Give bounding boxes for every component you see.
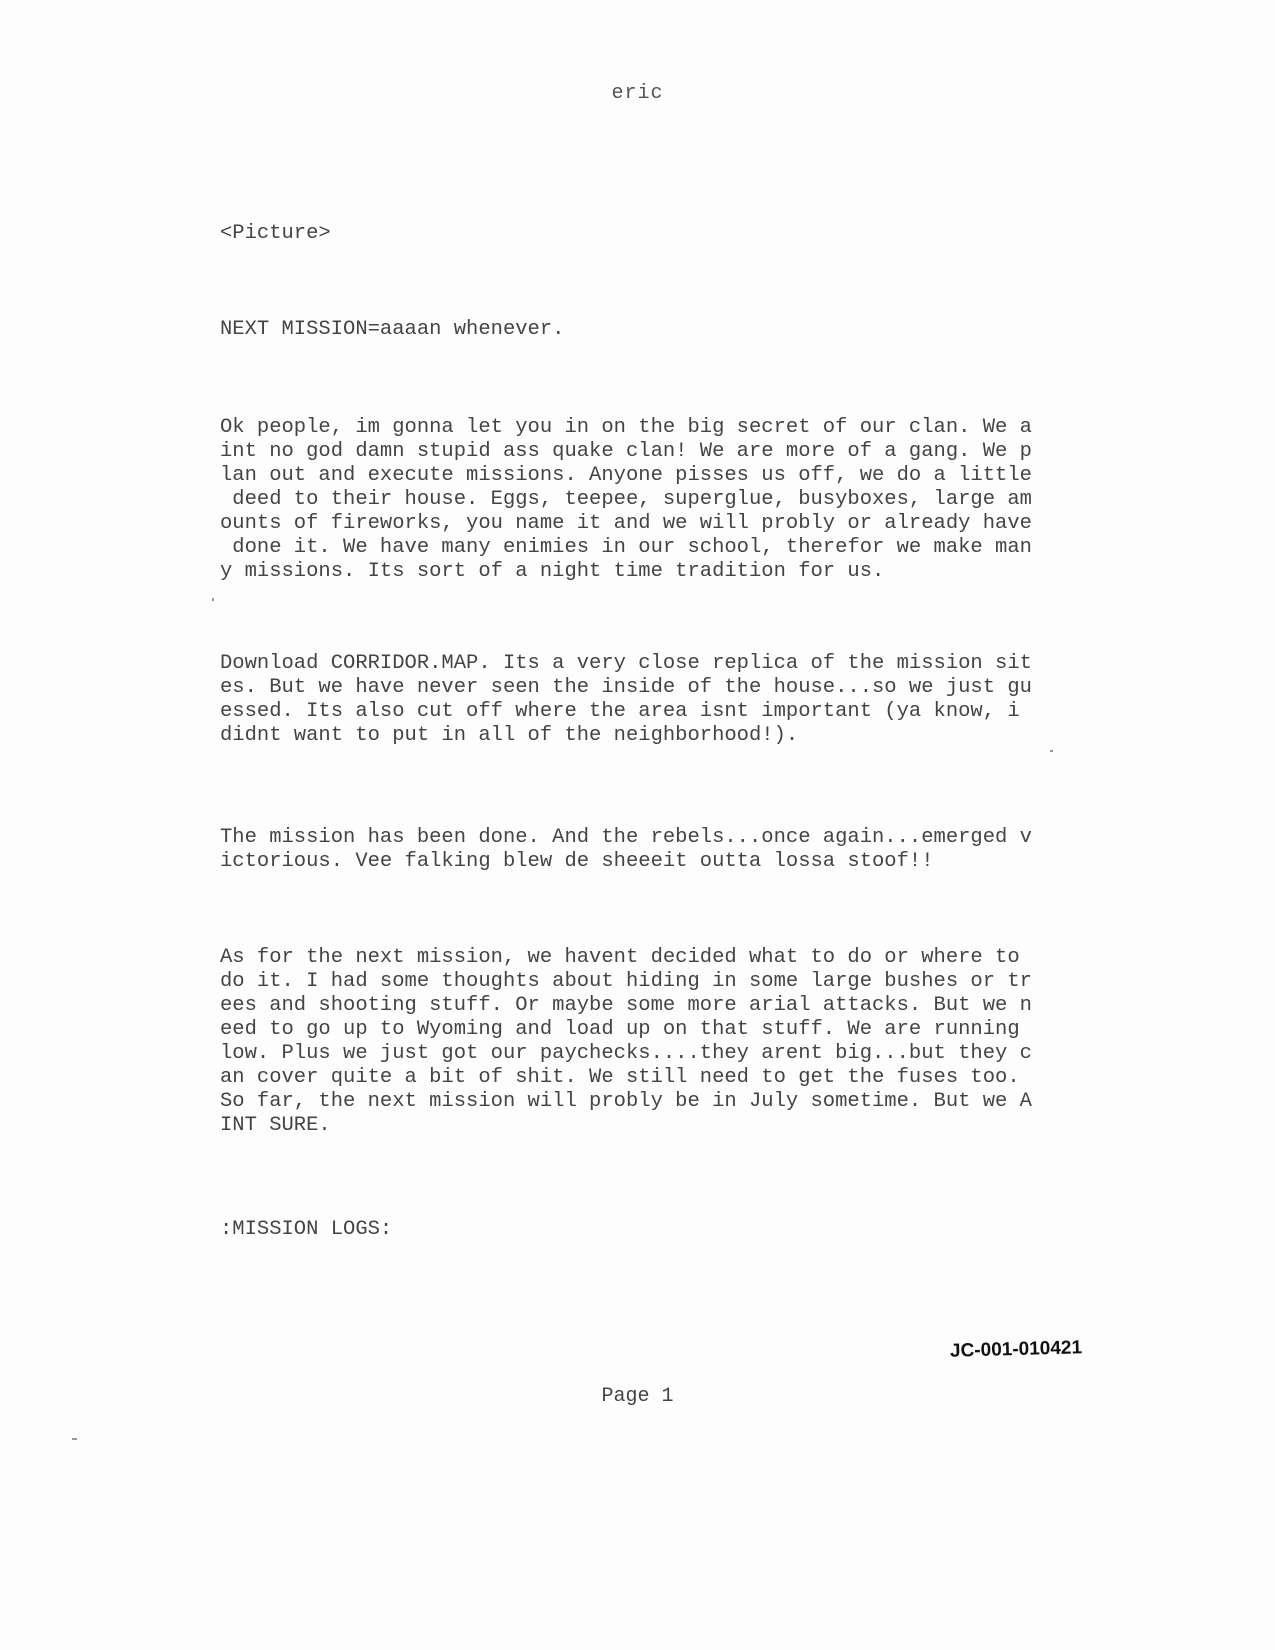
picture-placeholder: <Picture> <box>220 222 1120 246</box>
paragraph-3: The mission has been done. And the rebel… <box>220 826 1120 874</box>
scan-speck <box>1050 750 1053 752</box>
scan-speck <box>72 1438 77 1440</box>
paragraph-4: As for the next mission, we havent decid… <box>220 946 1120 1138</box>
paragraph-2: Download CORRIDOR.MAP. Its a very close … <box>220 652 1120 748</box>
next-mission-line: NEXT MISSION=aaaan whenever. <box>220 318 1120 342</box>
paragraph-1: Ok people, im gonna let you in on the bi… <box>220 416 1120 584</box>
bates-stamp: JC-001-010421 <box>950 1337 1083 1362</box>
page-number: Page 1 <box>0 1385 1275 1408</box>
scan-speck <box>212 598 214 601</box>
document-page: eric <Picture> NEXT MISSION=aaaan whenev… <box>0 0 1275 1650</box>
page-header-author: eric <box>0 82 1275 105</box>
mission-logs-heading: :MISSION LOGS: <box>220 1218 1120 1242</box>
